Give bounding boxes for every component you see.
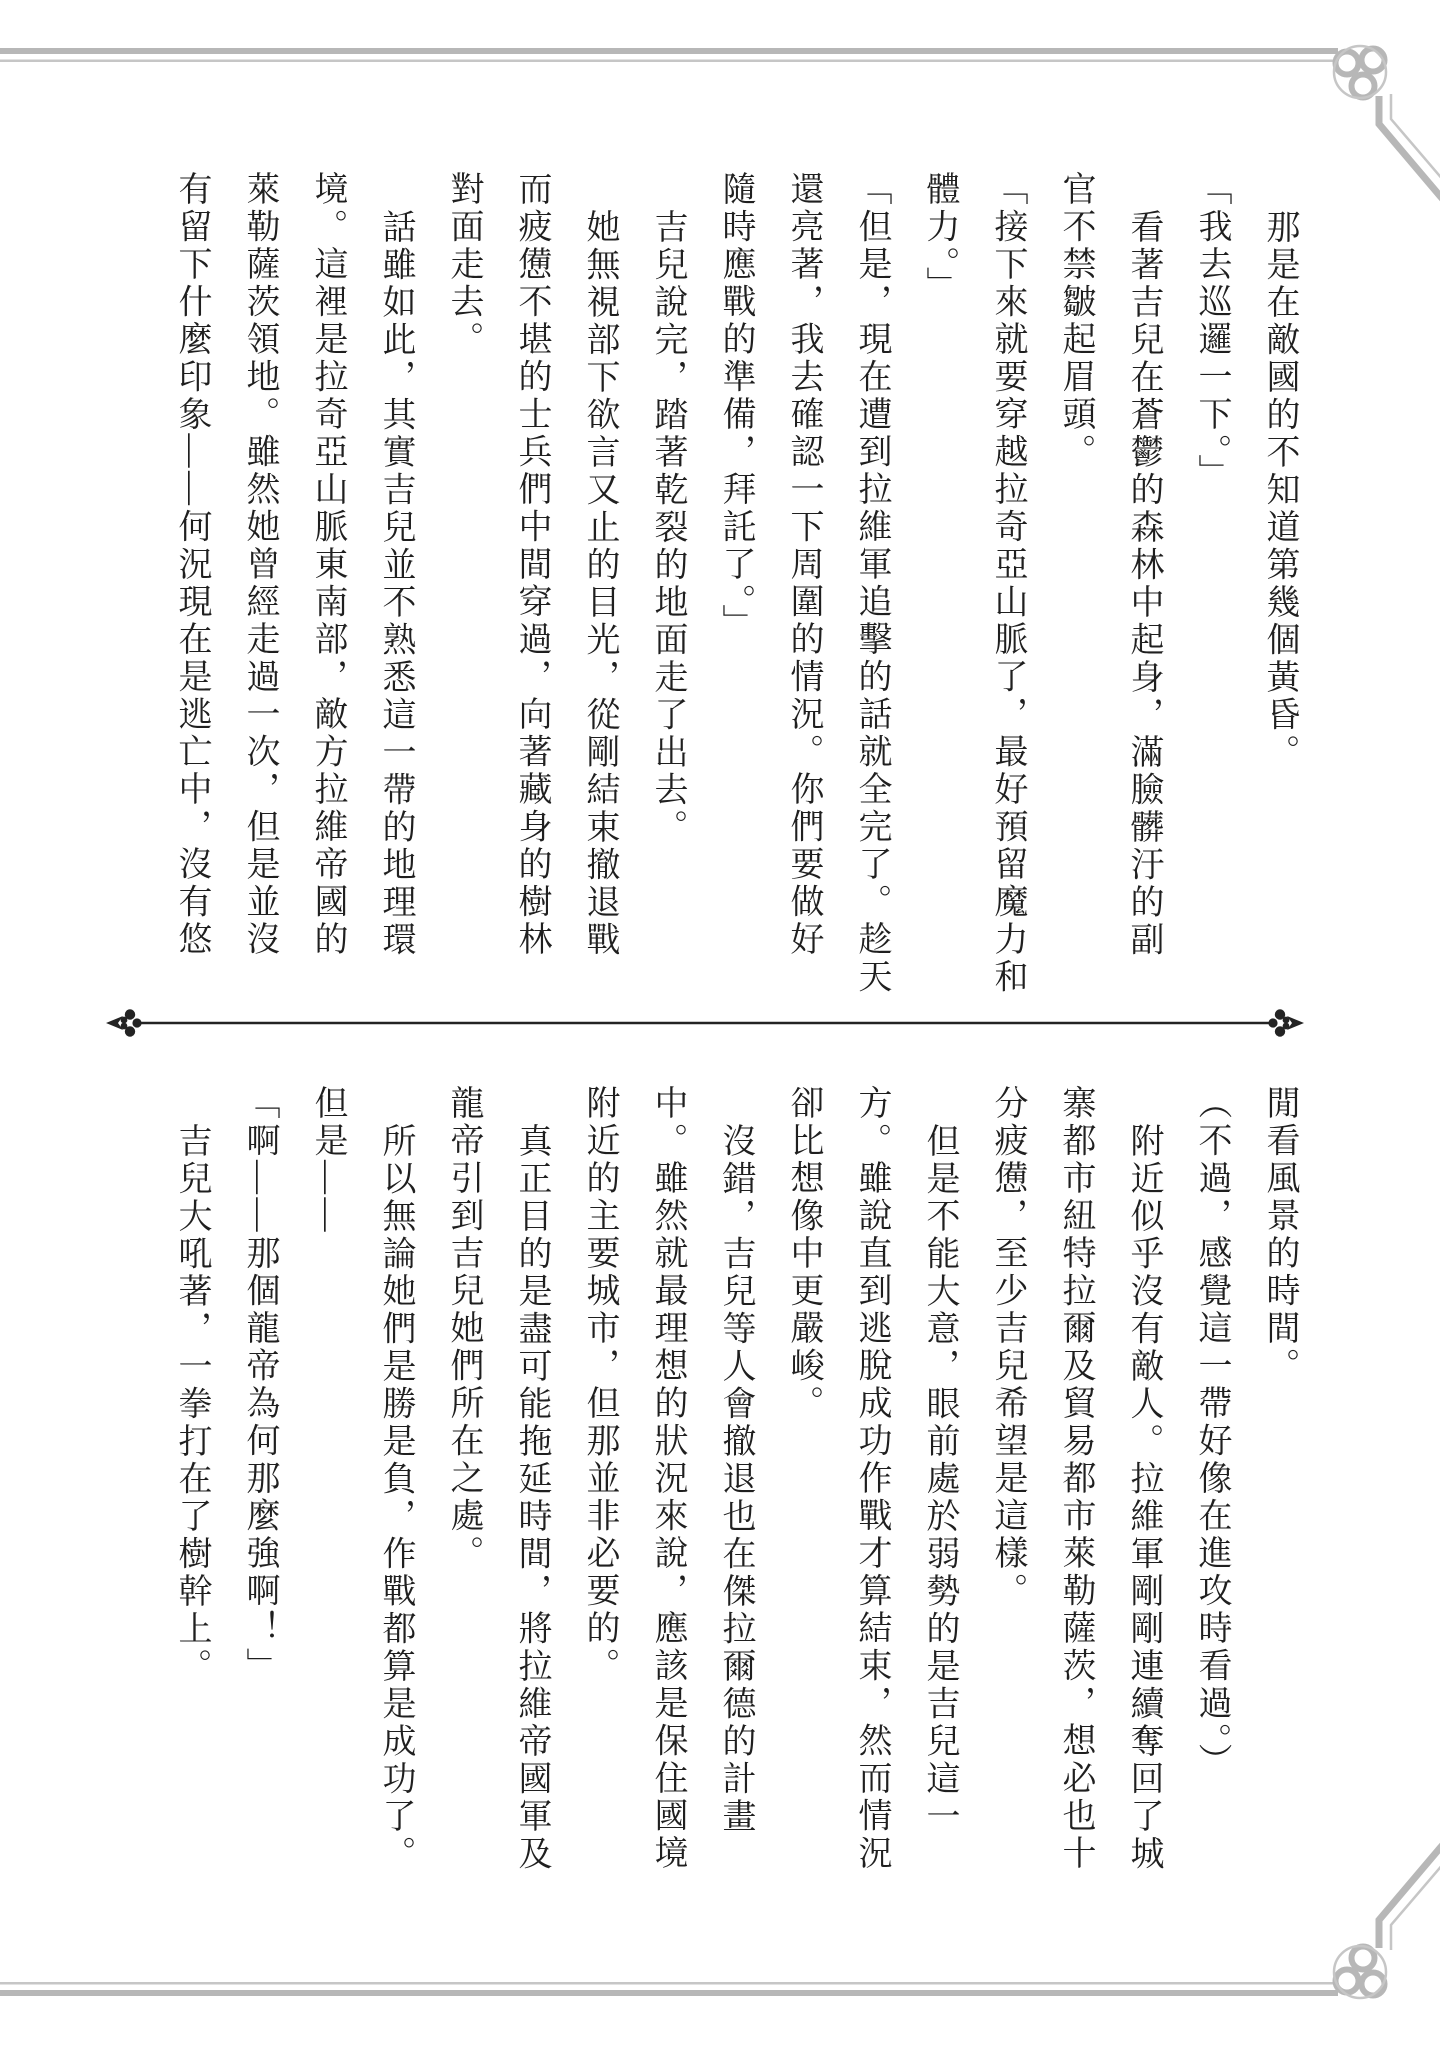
- text-column: 而疲憊不堪的士兵們中間穿過，向著藏身的樹林: [514, 171, 548, 1017]
- divider-fleuron-left-icon: [106, 1009, 142, 1036]
- text-block-bottom: 閒看風景的時間。（不過，感覺這一帶好像在進攻時看過。）附近似乎沒有敵人。拉維軍剛…: [140, 1085, 1296, 1925]
- text-column: 「接下來就要穿越拉奇亞山脈了，最好預留魔力和: [990, 171, 1024, 1017]
- text-column: 話雖如此，其實吉兒並不熟悉這一帶的地理環: [378, 171, 412, 1017]
- text-column: 寨都市紐特拉爾及貿易都市萊勒薩茨，想必也十: [1058, 1085, 1092, 1925]
- text-column: 真正目的是盡可能拖延時間，將拉維帝國軍及: [514, 1085, 548, 1925]
- text-column: 境。這裡是拉奇亞山脈東南部，敵方拉維帝國的: [310, 171, 344, 1017]
- text-column: 隨時應戰的準備，拜託了。」: [718, 171, 752, 1017]
- text-column: 萊勒薩茨領地。雖然她曾經走過一次，但是並沒: [242, 171, 276, 1017]
- book-page: 那是在敵國的不知道第幾個黃昏。「我去巡邏一下。」看著吉兒在蒼鬱的森林中起身，滿臉…: [0, 0, 1440, 2048]
- text-column: 附近的主要城市，但那並非必要的。: [582, 1085, 616, 1925]
- text-column: 看著吉兒在蒼鬱的森林中起身，滿臉髒汙的副: [1126, 171, 1160, 1017]
- text-block-top: 那是在敵國的不知道第幾個黃昏。「我去巡邏一下。」看著吉兒在蒼鬱的森林中起身，滿臉…: [140, 171, 1296, 1017]
- text-column: 「我去巡邏一下。」: [1194, 171, 1228, 1017]
- text-column: 有留下什麼印象——何況現在是逃亡中，沒有悠: [174, 171, 208, 1017]
- text-column: 對面走去。: [446, 171, 480, 1017]
- text-column: 「但是，現在遭到拉維軍追擊的話就全完了。趁天: [854, 171, 888, 1017]
- text-column: 吉兒大吼著，一拳打在了樹幹上。: [174, 1085, 208, 1925]
- text-column: 吉兒說完，踏著乾裂的地面走了出去。: [650, 171, 684, 1017]
- text-column: 那是在敵國的不知道第幾個黃昏。: [1262, 171, 1296, 1017]
- text-column: 分疲憊，至少吉兒希望是這樣。: [990, 1085, 1024, 1925]
- text-column: 體力。」: [922, 171, 956, 1017]
- text-column: （不過，感覺這一帶好像在進攻時看過。）: [1194, 1085, 1228, 1925]
- text-column: 閒看風景的時間。: [1262, 1085, 1296, 1925]
- text-column: 方。雖說直到逃脫成功作戰才算結束，然而情況: [854, 1085, 888, 1925]
- text-column: 中。雖然就最理想的狀況來說，應該是保住國境: [650, 1085, 684, 1925]
- text-column: 但是——: [310, 1085, 344, 1925]
- text-column: 她無視部下欲言又止的目光，從剛結束撤退戰: [582, 171, 616, 1017]
- text-column: 但是不能大意，眼前處於弱勢的是吉兒這一: [922, 1085, 956, 1925]
- text-column: 卻比想像中更嚴峻。: [786, 1085, 820, 1925]
- text-column: 「啊——那個龍帝為何那麼強啊！」: [242, 1085, 276, 1925]
- text-column: 還亮著，我去確認一下周圍的情況。你們要做好: [786, 171, 820, 1017]
- text-column: 沒錯，吉兒等人會撤退也在傑拉爾德的計畫: [718, 1085, 752, 1925]
- text-column: 官不禁皺起眉頭。: [1058, 171, 1092, 1017]
- text-column: 所以無論她們是勝是負，作戰都算是成功了。: [378, 1085, 412, 1925]
- text-column: 龍帝引到吉兒她們所在之處。: [446, 1085, 480, 1925]
- text-column: 附近似乎沒有敵人。拉維軍剛剛連續奪回了城: [1126, 1085, 1160, 1925]
